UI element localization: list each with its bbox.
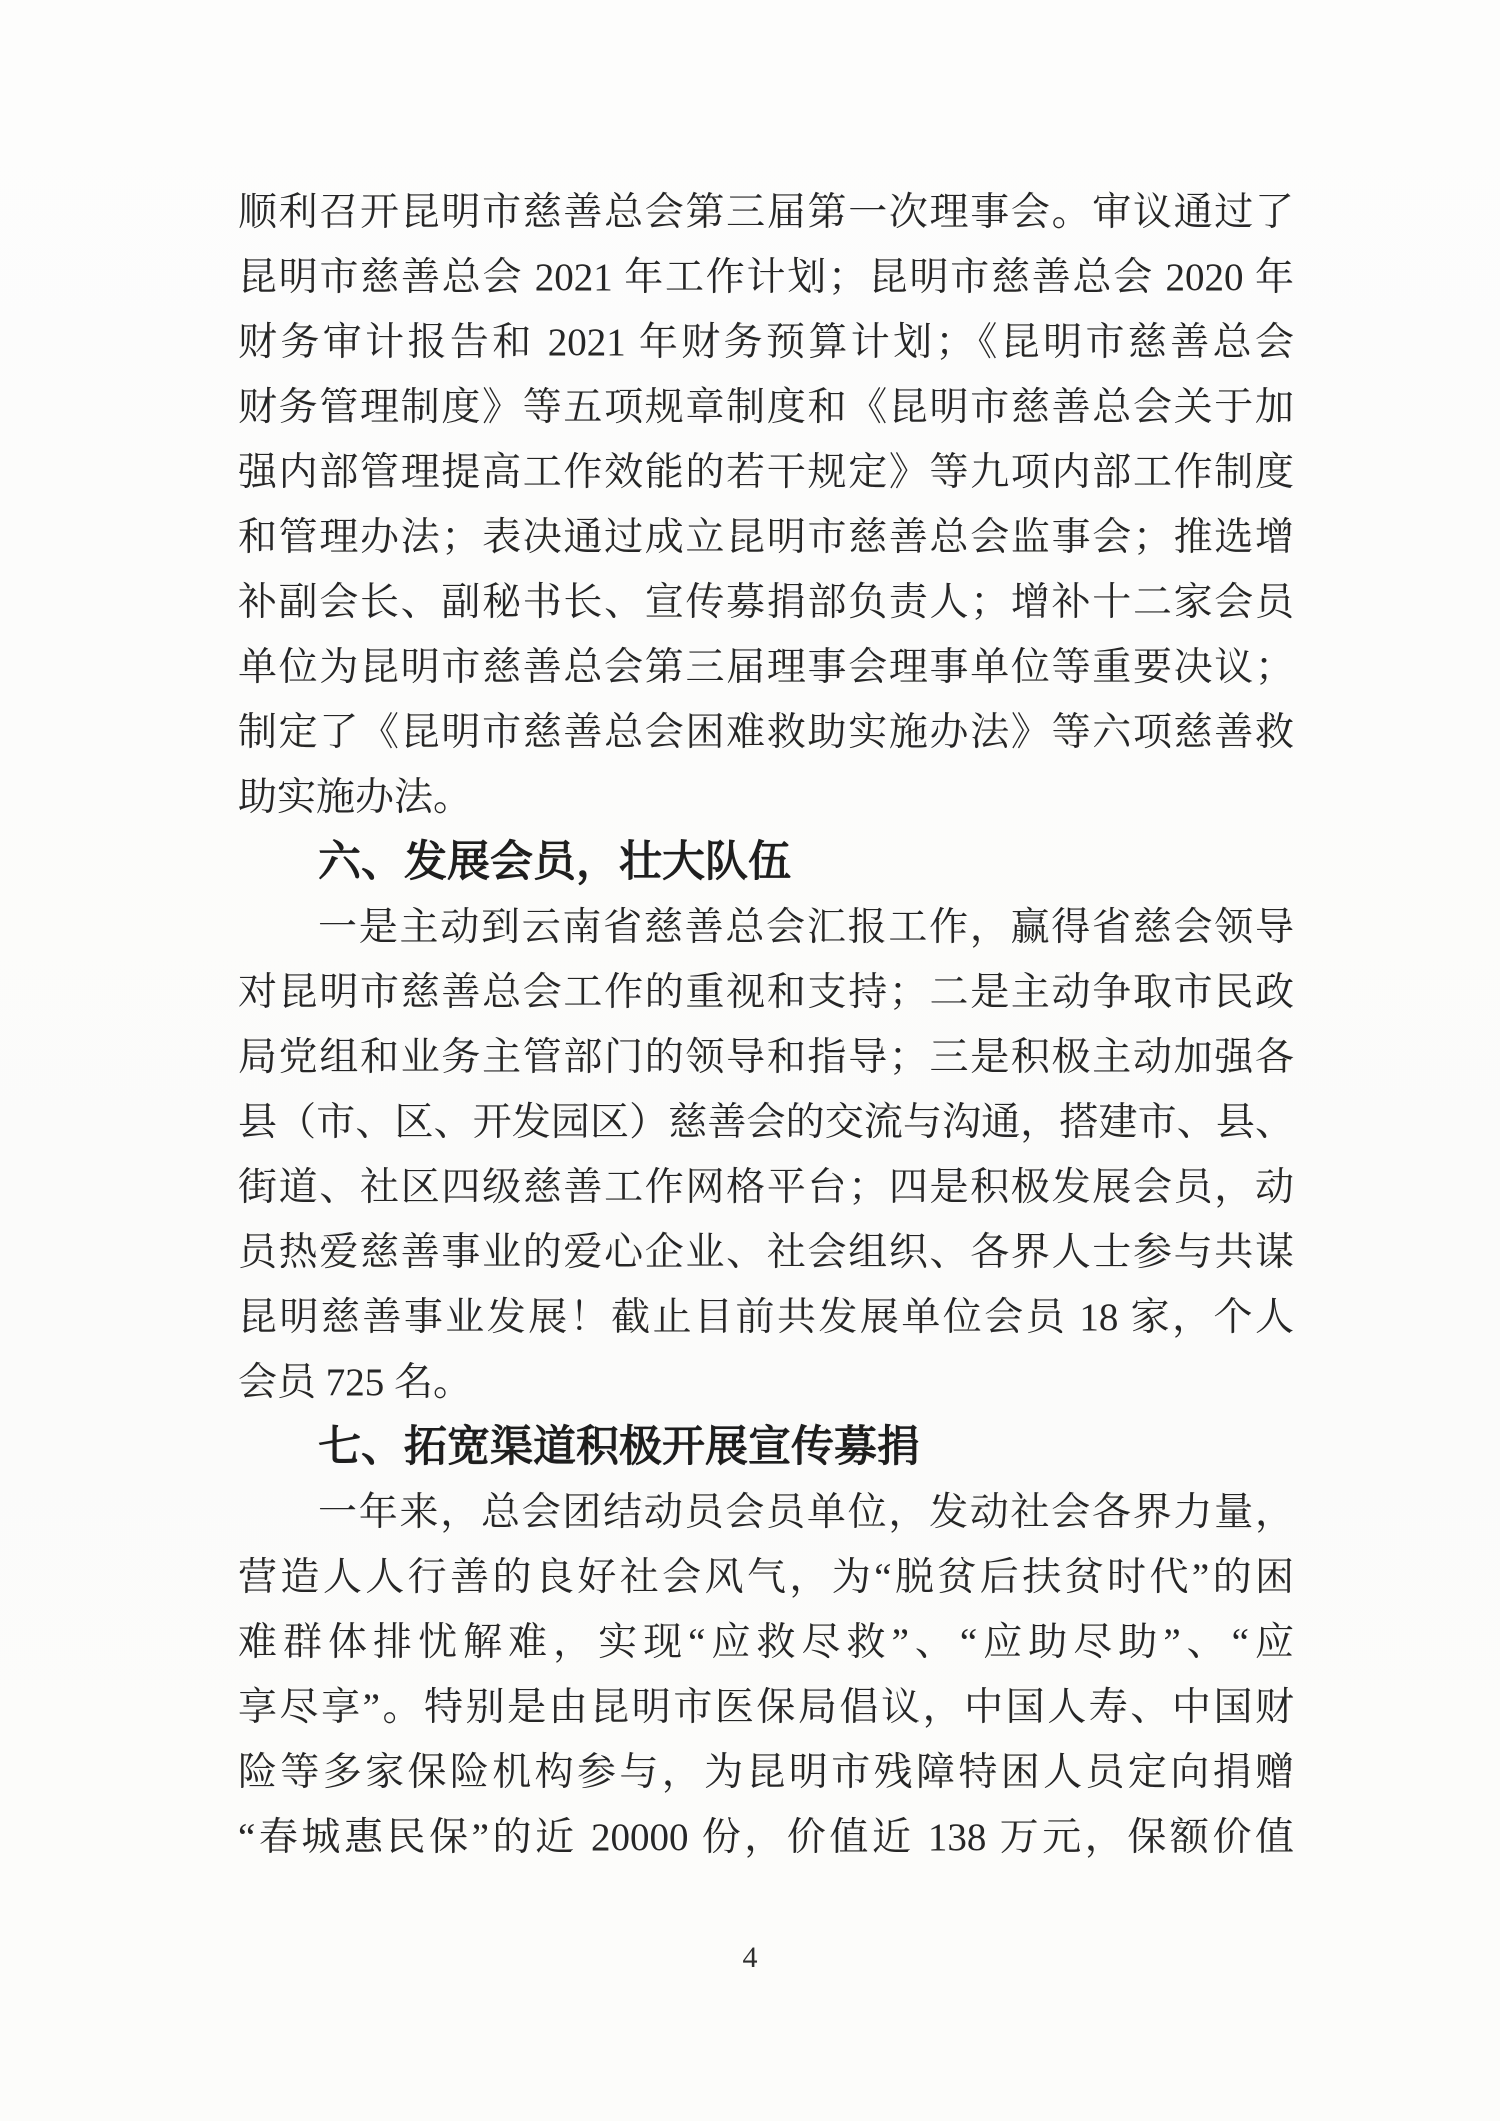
document-page: 顺利召开昆明市慈善总会第三届第一次理事会。审议通过了 昆明市慈善总会 2021 … (0, 0, 1500, 2121)
doc-line-6: 和管理办法；表决通过成立昆明市慈善总会监事会；推选增 (238, 505, 1294, 570)
document-text-block: 顺利召开昆明市慈善总会第三届第一次理事会。审议通过了 昆明市慈善总会 2021 … (238, 180, 1294, 1870)
doc-line-12: 一是主动到云南省慈善总会汇报工作，赢得省慈会领导 (238, 895, 1294, 960)
doc-line-8: 单位为昆明市慈善总会第三届理事会理事单位等重要决议； (238, 635, 1294, 700)
doc-line-14: 局党组和业务主管部门的领导和指导；三是积极主动加强各 (238, 1025, 1294, 1090)
doc-line-18: 昆明慈善事业发展！截止目前共发展单位会员 18 家，个人 (238, 1285, 1294, 1350)
doc-line-24: 享尽享”。特别是由昆明市医保局倡议，中国人寿、中国财 (238, 1675, 1294, 1740)
doc-line-17: 员热爱慈善事业的爱心企业、社会组织、各界人士参与共谋 (238, 1220, 1294, 1285)
doc-line-16: 街道、社区四级慈善工作网格平台；四是积极发展会员，动 (238, 1155, 1294, 1220)
doc-line-5: 强内部管理提高工作效能的若干规定》等九项内部工作制度 (238, 440, 1294, 505)
section-heading-6: 六、发展会员，壮大队伍 (238, 830, 1294, 895)
doc-line-10: 助实施办法。 (238, 765, 1294, 830)
page-number: 4 (0, 1940, 1500, 1976)
doc-line-23: 难群体排忧解难，实现“应救尽救”、“应助尽助”、“应 (238, 1610, 1294, 1675)
doc-line-2: 昆明市慈善总会 2021 年工作计划；昆明市慈善总会 2020 年 (238, 245, 1294, 310)
doc-line-13: 对昆明市慈善总会工作的重视和支持；二是主动争取市民政 (238, 960, 1294, 1025)
doc-line-19: 会员 725 名。 (238, 1350, 1294, 1415)
doc-line-3: 财务审计报告和 2021 年财务预算计划；《昆明市慈善总会 (238, 310, 1294, 375)
doc-line-21: 一年来，总会团结动员会员单位，发动社会各界力量， (238, 1480, 1294, 1545)
doc-line-9: 制定了《昆明市慈善总会困难救助实施办法》等六项慈善救 (238, 700, 1294, 765)
doc-line-4: 财务管理制度》等五项规章制度和《昆明市慈善总会关于加 (238, 375, 1294, 440)
section-heading-7: 七、拓宽渠道积极开展宣传募捐 (238, 1415, 1294, 1480)
doc-line-26: “春城惠民保”的近 20000 份，价值近 138 万元，保额价值 (238, 1805, 1294, 1870)
doc-line-1: 顺利召开昆明市慈善总会第三届第一次理事会。审议通过了 (238, 180, 1294, 245)
doc-line-25: 险等多家保险机构参与，为昆明市残障特困人员定向捐赠 (238, 1740, 1294, 1805)
doc-line-22: 营造人人行善的良好社会风气，为“脱贫后扶贫时代”的困 (238, 1545, 1294, 1610)
doc-line-15: 县（市、区、开发园区）慈善会的交流与沟通，搭建市、县、 (238, 1090, 1294, 1155)
doc-line-7: 补副会长、副秘书长、宣传募捐部负责人；增补十二家会员 (238, 570, 1294, 635)
